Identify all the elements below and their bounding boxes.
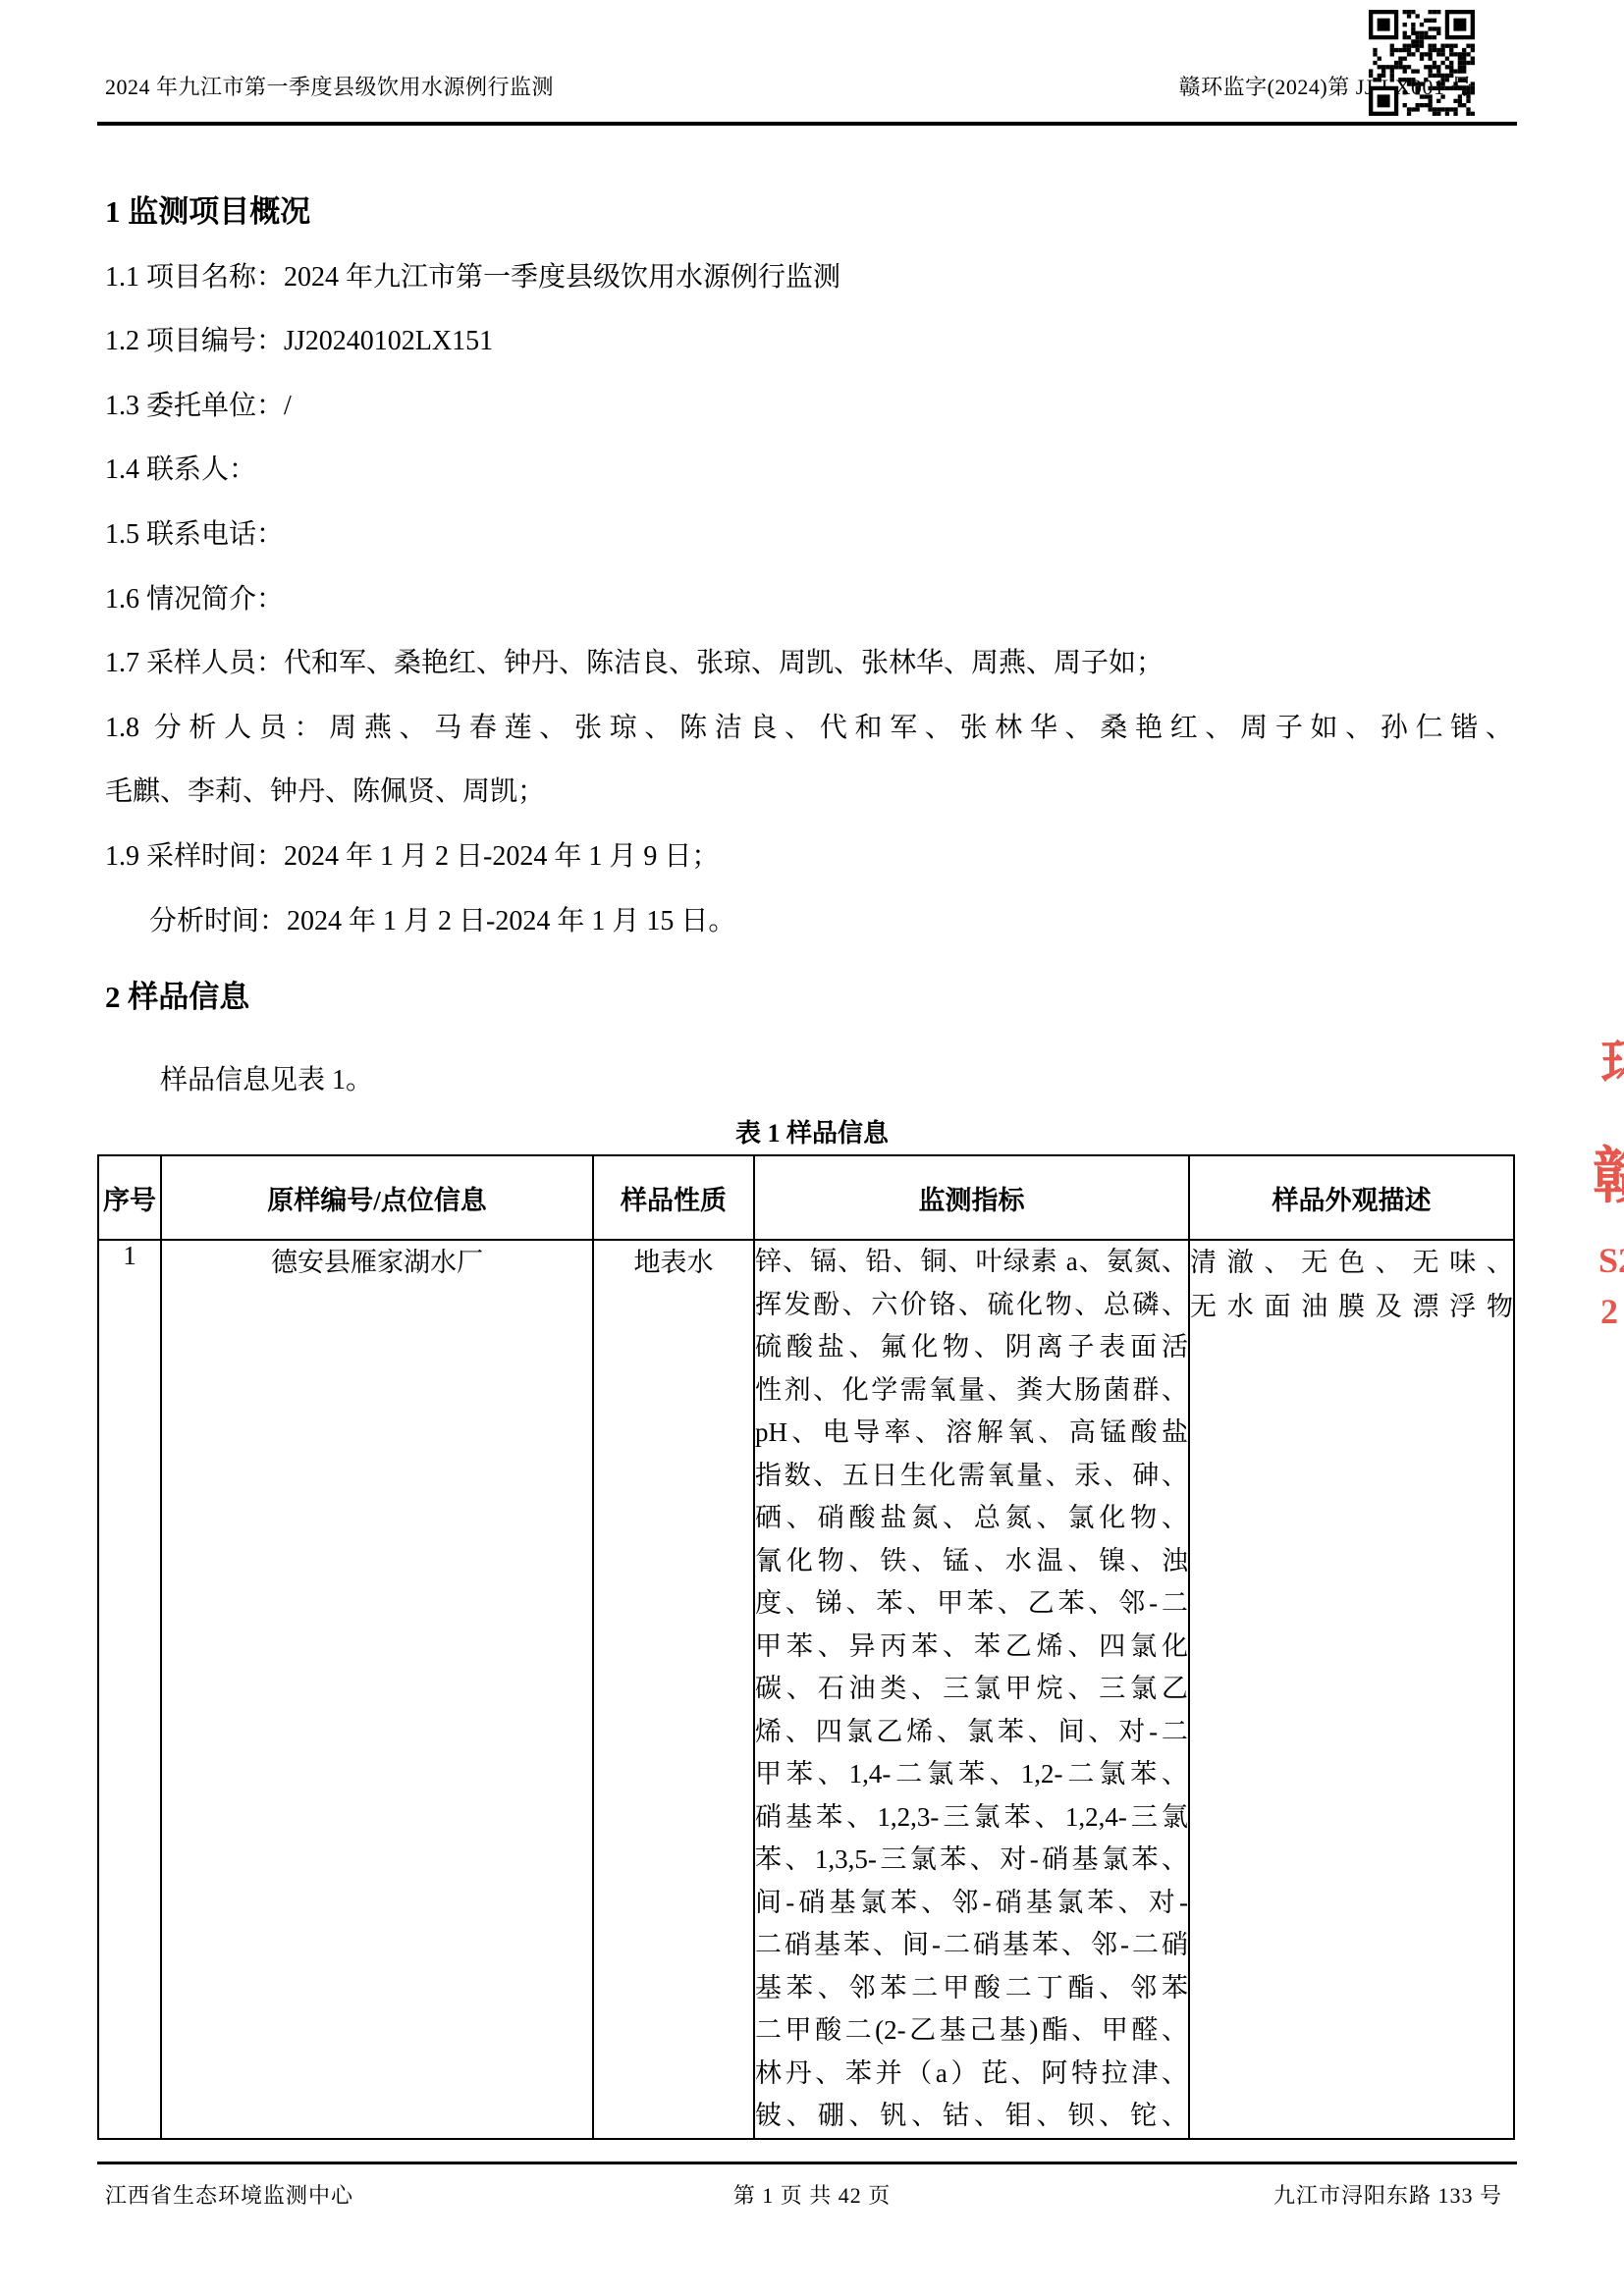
item-project-name: 1.1 项目名称：2024 年九江市第一季度县级饮用水源例行监测: [105, 255, 1513, 294]
cell-indicators: 锌、镉、铅、铜、叶绿素 a、氨氮、 挥发酚、六价铬、硫化物、总磷、 硫酸盐、氟化…: [754, 1240, 1189, 2139]
table-caption: 表 1 样品信息: [0, 1113, 1624, 1149]
item-project-number: 1.2 项目编号：JJ20240102LX151: [105, 319, 1513, 358]
cell-nature: 地表水: [593, 1240, 754, 2139]
header-title: 2024 年九江市第一季度县级饮用水源例行监测: [105, 71, 554, 101]
col-header-site: 原样编号/点位信息: [161, 1155, 593, 1240]
section1-heading: 1 监测项目概况: [105, 187, 310, 231]
table-intro: 样品信息见表 1。: [160, 1058, 373, 1097]
qr-code: [1368, 10, 1476, 116]
col-header-appearance: 样品外观描述: [1189, 1155, 1514, 1240]
item-analysis-time: 分析时间：2024 年 1 月 2 日-2024 年 1 月 15 日。: [149, 899, 1557, 938]
col-header-nature: 样品性质: [593, 1155, 754, 1240]
seal-fragment-4: 2: [1600, 1294, 1618, 1329]
seal-fragment-3: S2: [1598, 1243, 1624, 1278]
footer-rule: [97, 2162, 1517, 2164]
item-analysts-line2: 毛麒、李莉、钟丹、陈佩贤、周凯；: [105, 770, 1513, 809]
cell-site: 德安县雁家湖水厂: [161, 1240, 593, 2139]
col-header-no: 序号: [98, 1155, 161, 1240]
seal-fragment-1: 环: [1600, 1039, 1624, 1092]
sample-info-table: 序号 原样编号/点位信息 样品性质 监测指标 样品外观描述 1 德安县雁家湖水厂…: [97, 1154, 1515, 2140]
cell-no: 1: [98, 1240, 161, 2139]
item-sampling-time: 1.9 采样时间：2024 年 1 月 2 日-2024 年 1 月 9 日；: [105, 834, 1513, 874]
item-brief: 1.6 情况简介：: [105, 577, 1513, 616]
footer-address: 九江市浔阳东路 133 号: [1273, 2179, 1502, 2210]
section2-heading: 2 样品信息: [105, 972, 249, 1016]
seal-fragment-2: 赣: [1593, 1147, 1624, 1207]
table-header-row: 序号 原样编号/点位信息 样品性质 监测指标 样品外观描述: [98, 1155, 1514, 1240]
header-rule: [97, 122, 1517, 126]
item-analysts-line1: 1.8 分析人员：周燕、马春莲、张琼、陈洁良、代和军、张林华、桑艳红、周子如、孙…: [105, 706, 1513, 745]
cell-appearance: 清澈、无色、无味、 无水面油膜及漂浮物: [1189, 1240, 1514, 2139]
item-client: 1.3 委托单位：/: [105, 384, 1513, 423]
item-phone: 1.5 联系电话：: [105, 512, 1513, 552]
document-page: 2024 年九江市第一季度县级饮用水源例行监测 赣环监字(2024)第 JJ-L…: [0, 0, 1624, 2296]
item-contact: 1.4 联系人：: [105, 448, 1513, 487]
item-samplers: 1.7 采样人员：代和军、桑艳红、钟丹、陈洁良、张琼、周凯、张林华、周燕、周子如…: [105, 641, 1513, 680]
col-header-indicators: 监测指标: [754, 1155, 1189, 1240]
table-row: 1 德安县雁家湖水厂 地表水 锌、镉、铅、铜、叶绿素 a、氨氮、 挥发酚、六价铬…: [98, 1240, 1514, 2139]
